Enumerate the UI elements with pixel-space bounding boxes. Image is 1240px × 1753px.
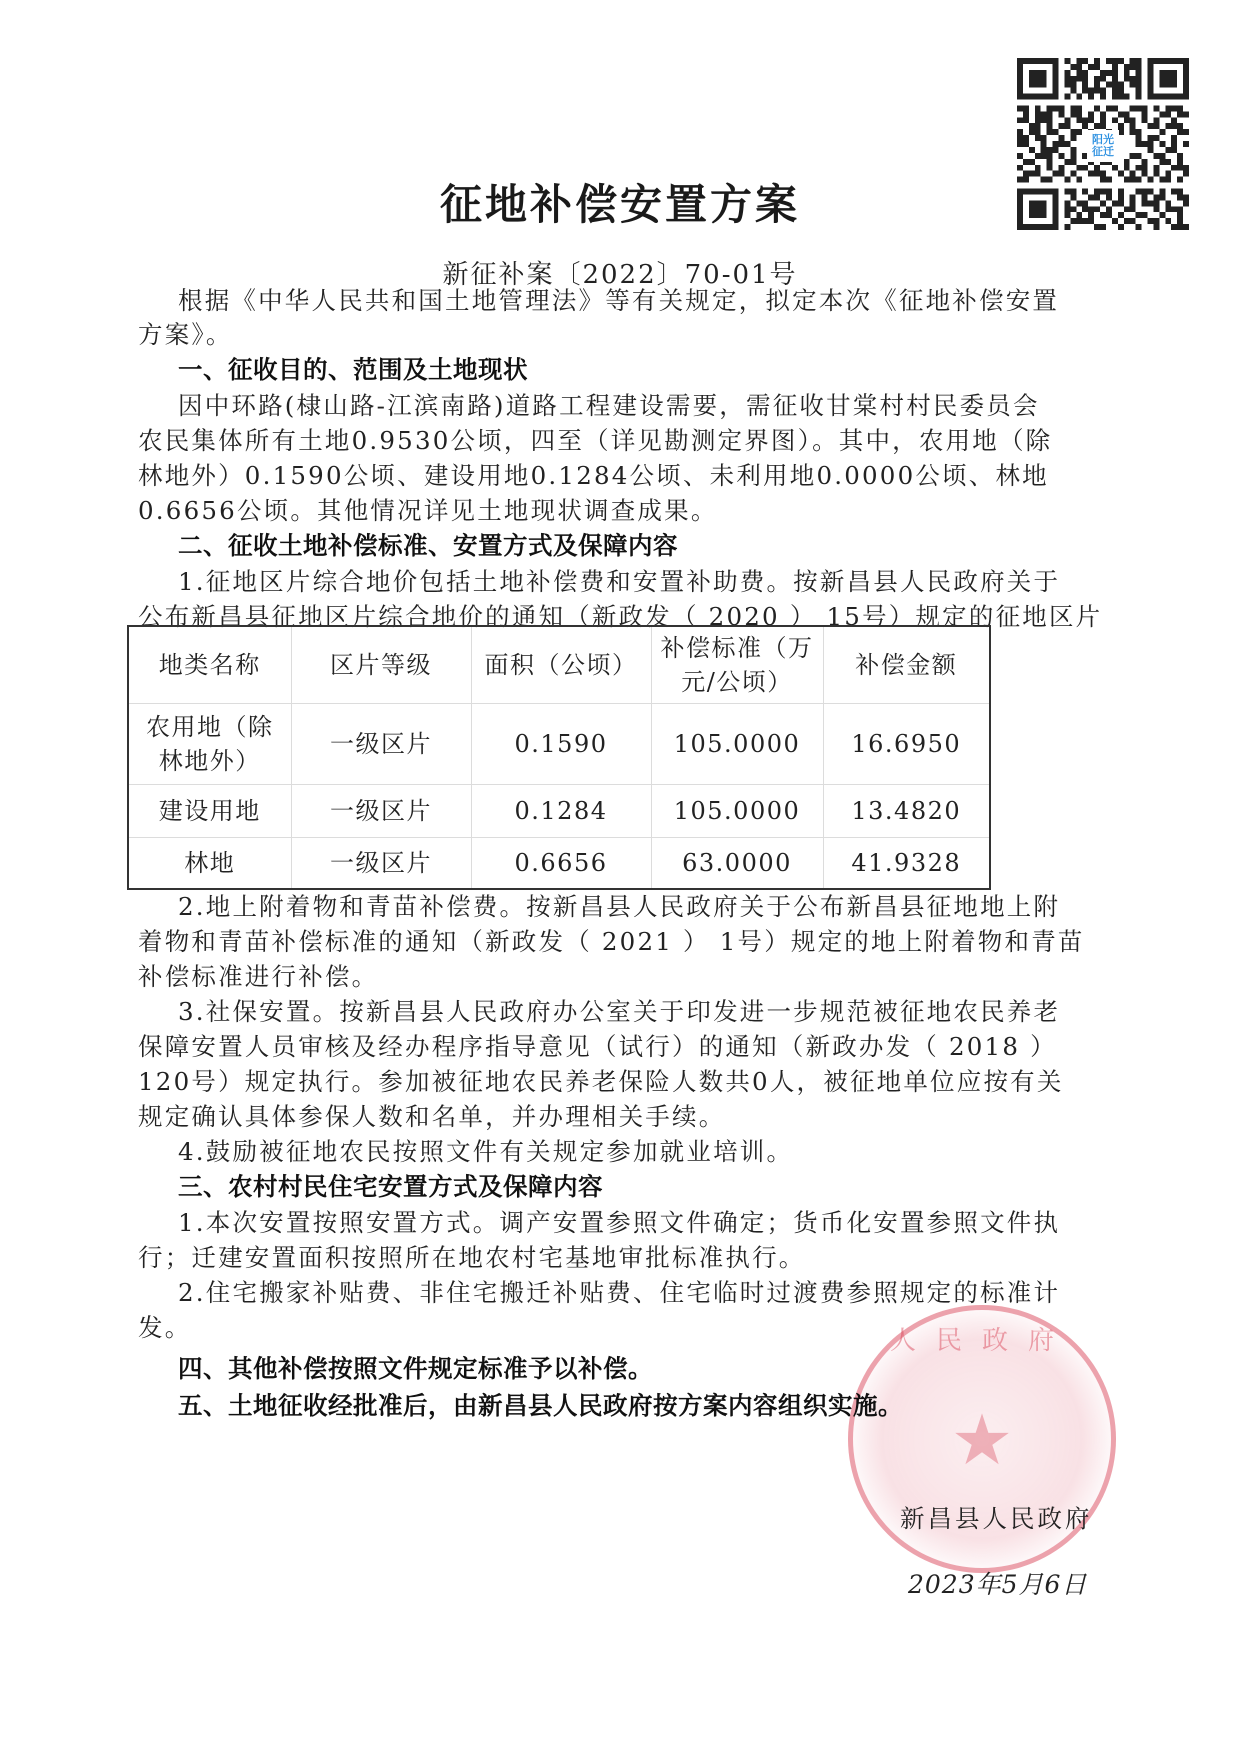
issuer-name: 新昌县人民政府 xyxy=(900,1500,1093,1535)
section-2-item3-line: 3.社保安置。按新昌县人民政府办公室关于印发进一步规范被征地农民养老 xyxy=(178,995,1060,1029)
section-2-item4: 4.鼓励被征地农民按照文件有关规定参加就业培训。 xyxy=(178,1135,793,1169)
section-3-item2-line: 2.住宅搬家补贴费、非住宅搬迁补贴费、住宅临时过渡费参照规定的标准计 xyxy=(178,1276,1060,1310)
compensation-table: 地类名称 区片等级 面积（公顷） 补偿标准（万元/公顷） 补偿金额 农用地（除林… xyxy=(127,625,991,890)
section-2-item2-line: 补偿标准进行补偿。 xyxy=(138,960,378,994)
table-header-cell: 补偿金额 xyxy=(823,626,990,704)
table-header-cell: 面积（公顷） xyxy=(471,626,651,704)
issue-date: 2023年5月6日 xyxy=(908,1565,1087,1601)
section-2-item3-line: 规定确认具体参保人数和名单，并办理相关手续。 xyxy=(138,1100,725,1134)
seal-star-icon: ★ xyxy=(942,1405,1022,1475)
section-2-item3-line: 120号）规定执行。参加被征地农民养老保险人数共0人，被征地单位应按有关 xyxy=(138,1065,1064,1099)
section-1-line: 因中环路(棣山路-江滨南路)道路工程建设需要，需征收甘棠村村民委员会 xyxy=(178,389,1040,423)
table-cell: 63.0000 xyxy=(651,838,823,890)
table-cell: 农用地（除林地外） xyxy=(128,704,291,785)
section-2-item3-line: 保障安置人员审核及经办程序指导意见（试行）的通知（新政办发（ 2018 ） xyxy=(138,1030,1057,1064)
seal-text: 人民政府 xyxy=(853,1320,1111,1357)
qr-badge-logo: 阳光 征迁 xyxy=(1087,130,1119,162)
section-3-item2-line: 发。 xyxy=(138,1311,191,1345)
table-cell: 105.0000 xyxy=(651,704,823,785)
section-1-heading: 一、征收目的、范围及土地现状 xyxy=(178,353,528,387)
section-1-line: 林地外）0.1590公顷、建设用地0.1284公顷、未利用地0.0000公顷、林… xyxy=(138,459,1049,493)
section-3-heading: 三、农村村民住宅安置方式及保障内容 xyxy=(178,1170,603,1204)
section-2-item2-line: 2.地上附着物和青苗补偿费。按新昌县人民政府关于公布新昌县征地地上附 xyxy=(178,890,1060,924)
intro-line: 方案》。 xyxy=(138,318,233,352)
document-title: 征地补偿安置方案 xyxy=(0,172,1240,232)
section-2-item2-line: 着物和青苗补偿标准的通知（新政发（ 2021 ） 1号）规定的地上附着物和青苗 xyxy=(138,925,1085,959)
section-1-line: 0.6656公顷。其他情况详见土地现状调查成果。 xyxy=(138,494,718,528)
section-5-heading: 五、土地征收经批准后，由新昌县人民政府按方案内容组织实施。 xyxy=(178,1389,903,1423)
table-header-row: 地类名称 区片等级 面积（公顷） 补偿标准（万元/公顷） 补偿金额 xyxy=(128,626,990,704)
section-2-heading: 二、征收土地补偿标准、安置方式及保障内容 xyxy=(178,529,678,563)
intro-line: 根据《中华人民共和国土地管理法》等有关规定，拟定本次《征地补偿安置 xyxy=(178,284,1059,318)
section-2-item1-line: 1.征地区片综合地价包括土地补偿费和安置补助费。按新昌县人民政府关于 xyxy=(178,565,1060,599)
table-header-cell: 地类名称 xyxy=(128,626,291,704)
table-cell: 105.0000 xyxy=(651,785,823,838)
table-cell: 0.1590 xyxy=(471,704,651,785)
table-header-cell: 补偿标准（万元/公顷） xyxy=(651,626,823,704)
table-cell: 一级区片 xyxy=(291,704,471,785)
table-cell: 一级区片 xyxy=(291,785,471,838)
table-cell: 13.4820 xyxy=(823,785,990,838)
section-3-item1-line: 行；迁建安置面积按照所在地农村宅基地审批标准执行。 xyxy=(138,1241,806,1275)
qr-badge-line2: 征迁 xyxy=(1092,146,1114,158)
table-cell: 16.6950 xyxy=(823,704,990,785)
table-row: 建设用地 一级区片 0.1284 105.0000 13.4820 xyxy=(128,785,990,838)
section-4-heading: 四、其他补偿按照文件规定标准予以补偿。 xyxy=(178,1352,653,1386)
table-cell: 林地 xyxy=(128,838,291,890)
table-cell: 41.9328 xyxy=(823,838,990,890)
table-cell: 建设用地 xyxy=(128,785,291,838)
section-1-line: 农民集体所有土地0.9530公顷，四至（详见勘测定界图）。其中，农用地（除 xyxy=(138,424,1052,458)
table-row: 农用地（除林地外） 一级区片 0.1590 105.0000 16.6950 xyxy=(128,704,990,785)
table-row: 林地 一级区片 0.6656 63.0000 41.9328 xyxy=(128,838,990,890)
table-cell: 0.6656 xyxy=(471,838,651,890)
table-header-cell: 区片等级 xyxy=(291,626,471,704)
table-cell: 一级区片 xyxy=(291,838,471,890)
section-3-item1-line: 1.本次安置按照安置方式。调产安置参照文件确定；货币化安置参照文件执 xyxy=(178,1206,1060,1240)
table-cell: 0.1284 xyxy=(471,785,651,838)
